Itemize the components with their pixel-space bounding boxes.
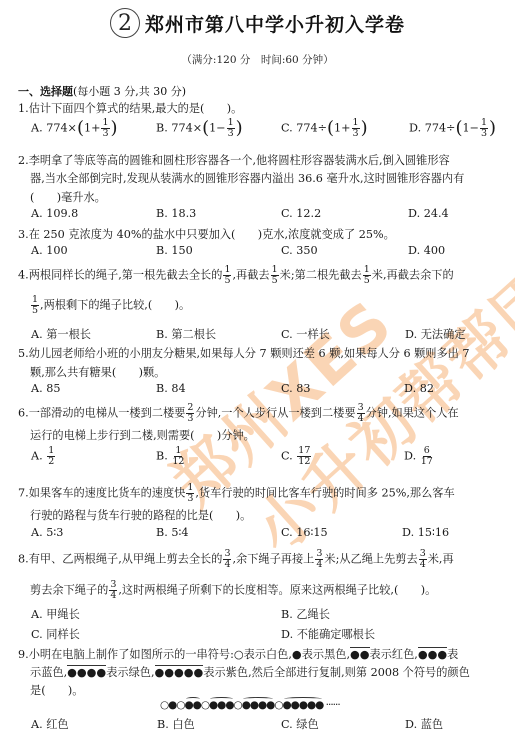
q9-option-c[interactable]: C. 绿色 — [281, 716, 319, 732]
q8-option-d[interactable]: D. 不能确定哪根长 — [281, 626, 375, 642]
exam-title: 郑州市第八中学小升初入学卷 — [145, 10, 405, 37]
q7-option-a[interactable]: A. 5∶3 — [31, 526, 63, 539]
question-5-line2: 颗,那么共有糖果( )颗。 — [30, 364, 165, 380]
q4-option-d[interactable]: D. 无法确定 — [405, 326, 465, 342]
question-9: 9.小明在电脑上制作了如图所示的一串符号:○表示白色,●表示黑色,●●表示红色,… — [18, 646, 458, 662]
red-symbol-icon: ●● — [350, 648, 370, 661]
question-5: 5.幼儿园老师给小班的小朋友分糖果,如果每人分 7 颗则还差 6 颗,如果每人分… — [18, 345, 470, 361]
question-2: 2.李明拿了等底等高的圆锥和圆柱形容器各一个,他将圆柱形容器装满水后,倒入圆锥形… — [18, 152, 450, 168]
q2-option-a[interactable]: A. 109.8 — [31, 207, 78, 220]
section-title: 一、选择题(每小题 3 分,共 30 分) — [18, 83, 186, 99]
exam-subtitle: （满分:120 分 时间:60 分钟） — [0, 52, 515, 67]
exam-number-badge: 2 — [110, 8, 140, 38]
q2-option-b[interactable]: B. 18.3 — [156, 207, 196, 220]
q1-option-c[interactable]: C. 774÷(1+13) — [281, 118, 368, 139]
green-symbol-icon: ●●●● — [67, 666, 106, 679]
question-1: 1.估计下面四个算式的结果,最大的是( )。 — [18, 100, 242, 116]
question-6-line2: 运行的电梯上步行到二楼,则需要( )分钟。 — [30, 427, 255, 443]
blue-symbol-icon: ●●● — [418, 648, 447, 661]
q8-option-a[interactable]: A. 甲绳长 — [31, 606, 80, 622]
q9-option-d[interactable]: D. 蓝色 — [405, 716, 443, 732]
q7-option-b[interactable]: B. 5∶4 — [156, 526, 189, 539]
q3-option-d[interactable]: D. 400 — [408, 244, 445, 257]
q7-option-c[interactable]: C. 16∶15 — [281, 526, 328, 539]
question-7: 7.如果客车的速度比货车的速度快13,货车行驶的时间比客车行驶的时间多 25%,… — [18, 483, 455, 504]
question-8: 8.有甲、乙两根绳子,从甲绳上剪去全长的34,余下绳子再接上34米;从乙绳上先剪… — [18, 549, 454, 570]
q5-option-d[interactable]: D. 82 — [404, 382, 434, 395]
question-4-line2: 15,两根剩下的绳子比较,( )。 — [30, 295, 190, 316]
page-title: 2 郑州市第八中学小升初入学卷 — [0, 8, 515, 38]
section-heading: 一、选择题 — [18, 85, 73, 98]
q2-option-c[interactable]: C. 12.2 — [281, 207, 321, 220]
q3-option-c[interactable]: C. 350 — [281, 244, 318, 257]
question-3: 3.在 250 克浓度为 40%的盐水中只要加入( )克水,浓度就变成了 25%… — [18, 226, 395, 242]
question-9-line2: 示蓝色,●●●●表示绿色,●●●●●表示紫色,然后全部进行复制,则第 2008 … — [30, 664, 470, 680]
black-circle-icon: ● — [292, 648, 302, 661]
q1-option-b[interactable]: B. 774×(1−13) — [156, 118, 243, 139]
section-note: (每小题 3 分,共 30 分) — [73, 85, 186, 98]
q1-option-d[interactable]: D. 774÷(1−13) — [409, 118, 496, 139]
q4-option-c[interactable]: C. 一样长 — [281, 326, 330, 342]
q5-option-c[interactable]: C. 83 — [281, 382, 311, 395]
question-6: 6.一部滑动的电梯从一楼到二楼要23分钟,一个人步行从一楼到二楼要34分钟,如果… — [18, 403, 459, 424]
q3-option-a[interactable]: A. 100 — [31, 244, 68, 257]
q4-option-b[interactable]: B. 第二根长 — [156, 326, 216, 342]
q6-option-b[interactable]: B. 112 — [156, 446, 185, 467]
q3-option-b[interactable]: B. 150 — [156, 244, 193, 257]
question-9-line3: 是( )。 — [30, 682, 83, 698]
symbol-sequence: ○●○●●○●●●○●●●●○●●●●● ······ — [160, 699, 340, 711]
q5-option-b[interactable]: B. 84 — [156, 382, 186, 395]
q6-option-a[interactable]: A. 12 — [31, 446, 56, 467]
question-2-line3: ( )毫升水。 — [30, 189, 106, 205]
q6-option-d[interactable]: D. 617 — [404, 446, 434, 467]
q6-option-c[interactable]: C. 1712 — [281, 446, 312, 467]
q9-option-a[interactable]: A. 红色 — [31, 716, 69, 732]
q7-option-d[interactable]: D. 15∶16 — [402, 526, 449, 539]
ellipsis: ······ — [326, 699, 340, 711]
question-8-line2: 剪去余下绳子的34,这时两根绳子所剩下的长度相等。原来这两根绳子比较,( )。 — [30, 580, 436, 601]
question-2-line2: 器,当水全部倒完时,发现从装满水的圆锥形容器内溢出 36.6 毫升水,这时圆锥形… — [30, 170, 464, 186]
exam-page: 郑州XES 小升初帮帮团 2 郑州市第八中学小升初入学卷 （满分:120 分 时… — [0, 0, 515, 747]
white-circle-icon: ○ — [234, 648, 244, 661]
question-7-line2: 行驶的路程与货车行驶的路程的比是( )。 — [30, 507, 251, 523]
q8-option-c[interactable]: C. 同样长 — [31, 626, 80, 642]
question-4: 4.两根同样长的绳子,第一根先截去全长的15,再截去15米;第二根先截去15米,… — [18, 265, 454, 286]
purple-symbol-icon: ●●●●● — [155, 666, 204, 679]
q2-option-d[interactable]: D. 24.4 — [408, 207, 449, 220]
q1-option-a[interactable]: A. 774×(1+13) — [31, 118, 118, 139]
q5-option-a[interactable]: A. 85 — [31, 382, 60, 395]
q4-option-a[interactable]: A. 第一根长 — [31, 326, 91, 342]
q9-option-b[interactable]: B. 白色 — [157, 716, 195, 732]
q8-option-b[interactable]: B. 乙绳长 — [281, 606, 330, 622]
